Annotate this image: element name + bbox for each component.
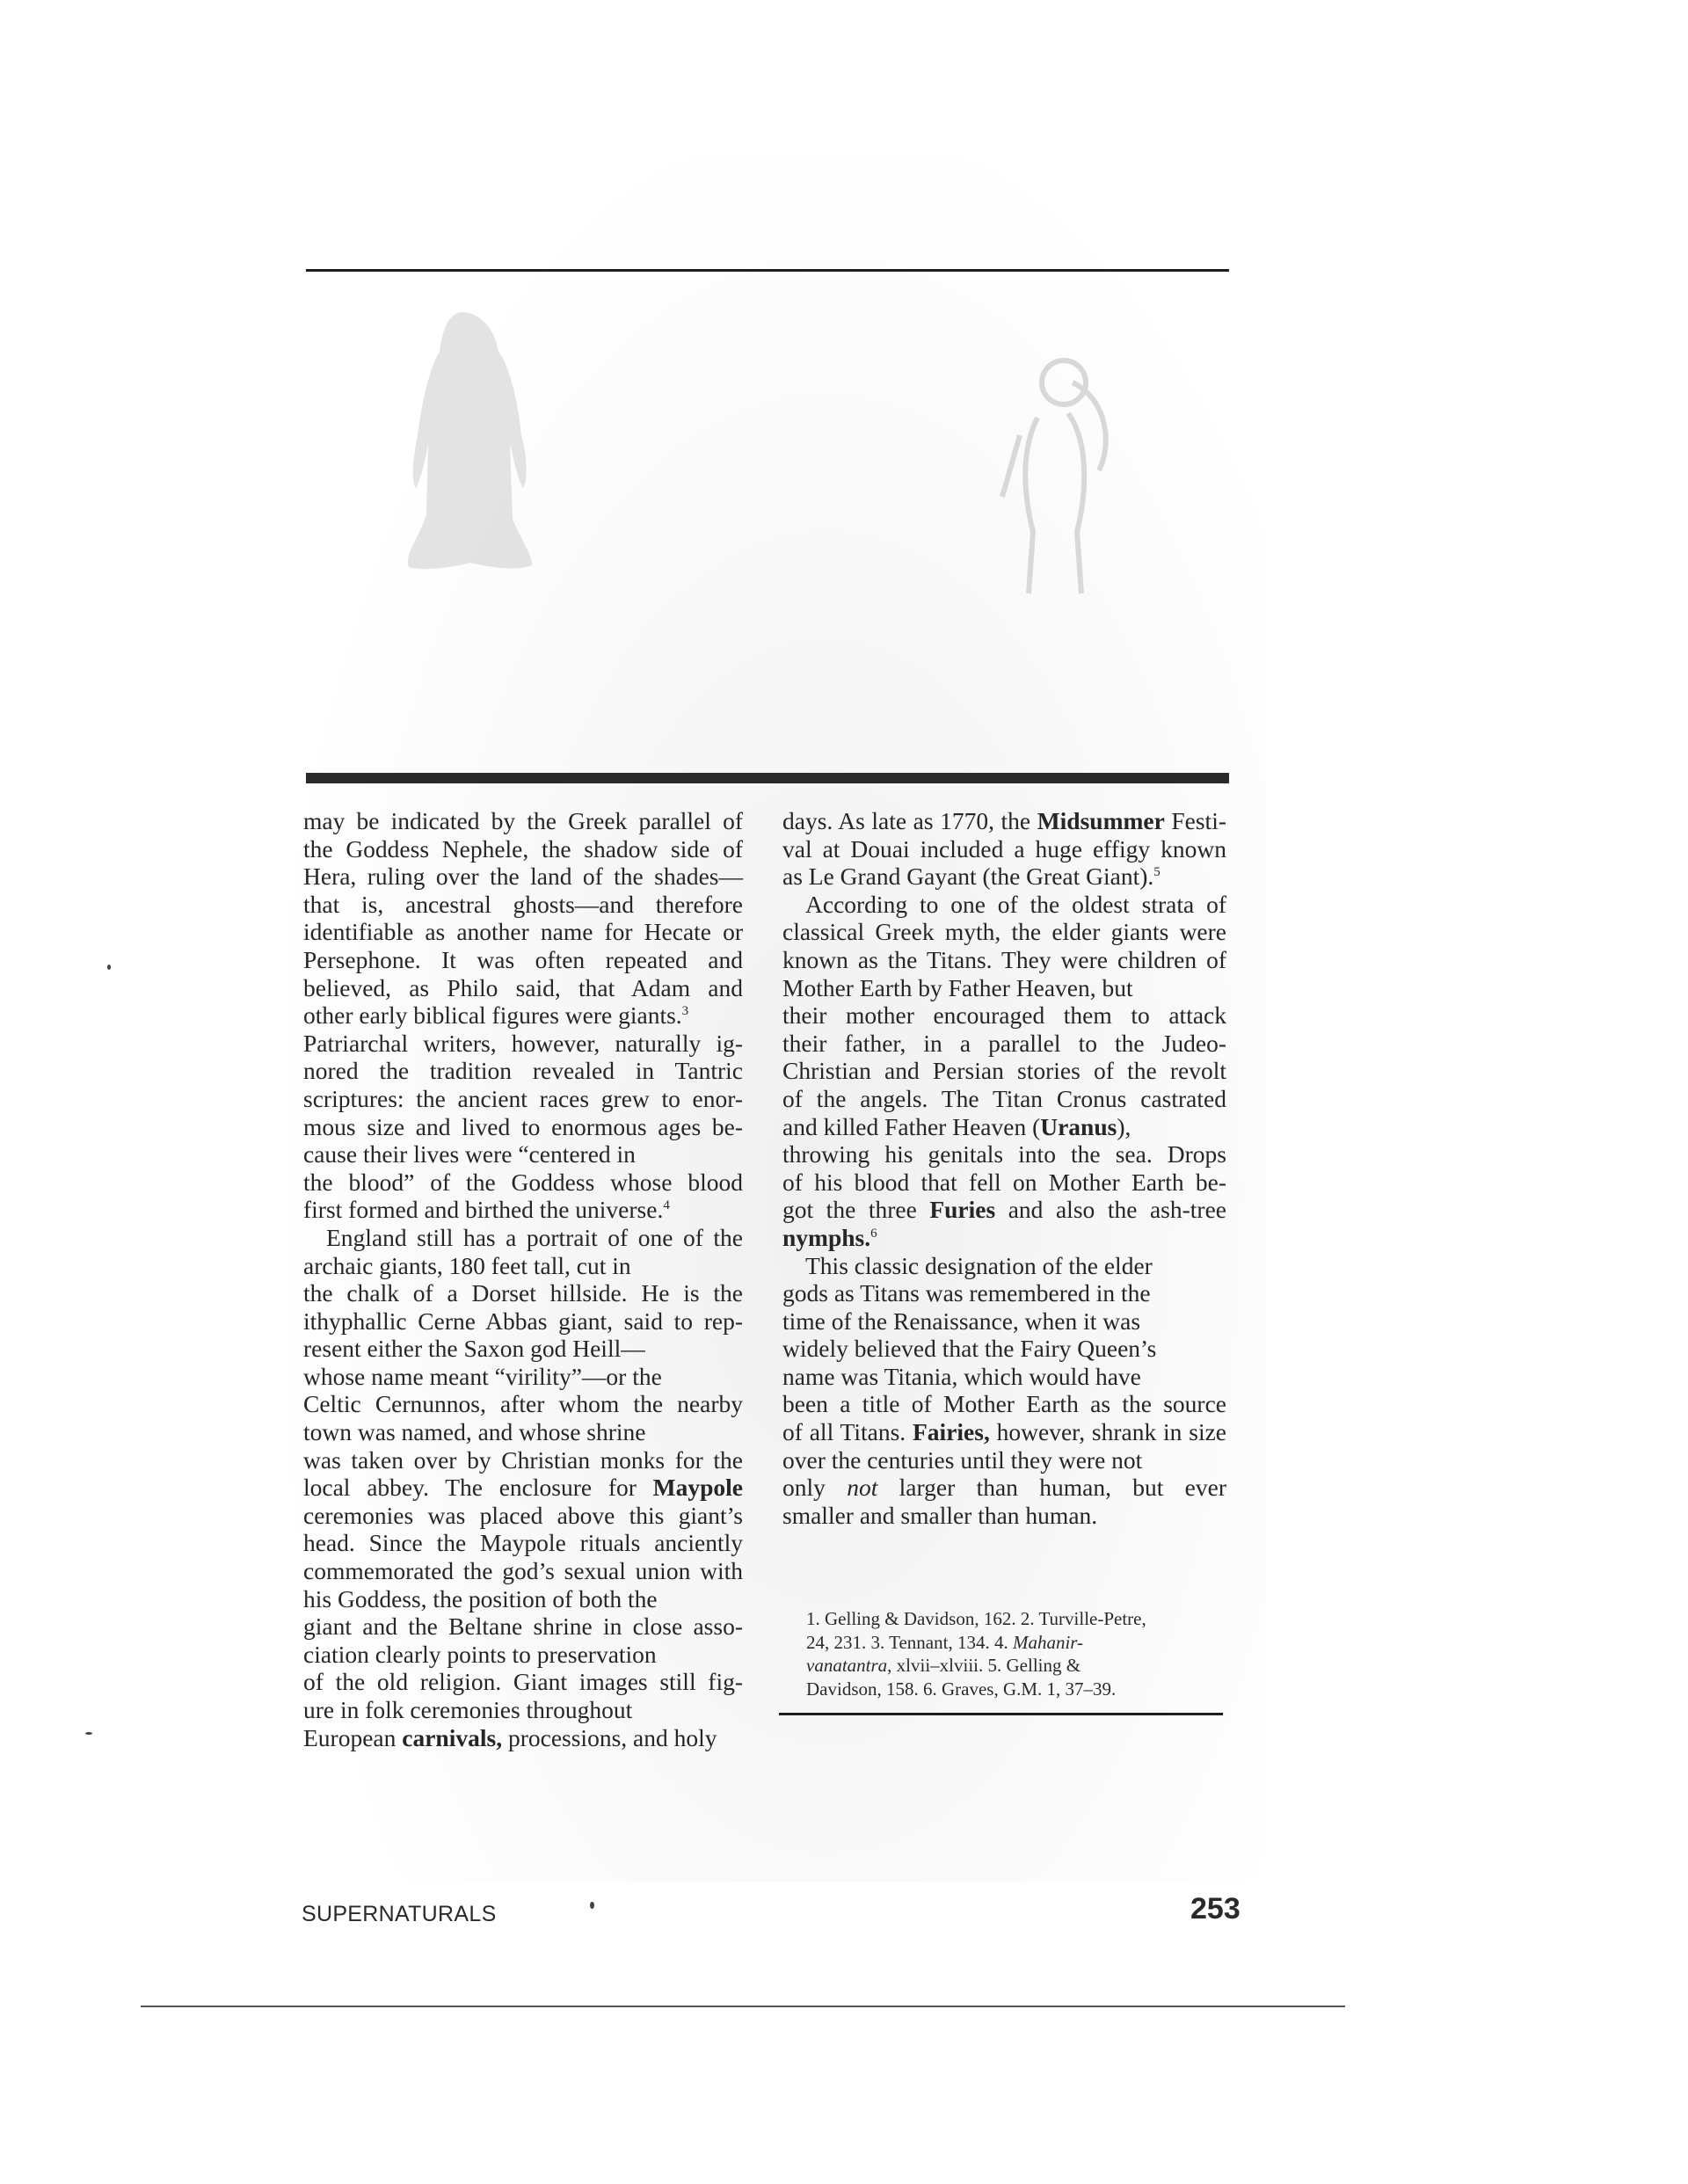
text-line: been a title of Mother Earth as the sour… [782, 1390, 1226, 1418]
text-line: only not larger than human, but ever [782, 1474, 1226, 1502]
text-line: ithyphallic Cerne Abbas giant, said to r… [303, 1307, 743, 1336]
text-line: val at Douai included a huge effigy know… [782, 835, 1226, 863]
text-line: first formed and birthed the universe.4 [303, 1196, 743, 1224]
text-line: Hera, ruling over the land of the shades… [303, 863, 743, 891]
scan-speck [590, 1902, 594, 1909]
bottom-scan-rule [141, 2006, 1345, 2007]
text-line: may be indicated by the Greek parallel o… [303, 807, 743, 835]
bold-term: Furies [929, 1196, 995, 1223]
text-line: 1. Gelling & Davidson, 162. 2. Turville-… [806, 1607, 1221, 1631]
text-line: cause their lives were “centered in [303, 1140, 743, 1168]
text-line: of all Titans. Fairies, however, shrank … [782, 1418, 1226, 1446]
giant-figure-silhouette-icon [400, 303, 541, 585]
text-line: town was named, and whose shrine [303, 1418, 743, 1446]
footnote-ref: 4 [663, 1198, 670, 1212]
text-line: known as the Titans. They were children … [782, 946, 1226, 974]
text-line: got the three Furies and also the ash-tr… [782, 1196, 1226, 1224]
bold-term: nymphs. [782, 1224, 870, 1251]
text-line: the Goddess Nephele, the shadow side of [303, 835, 743, 863]
text-line: believed, as Philo said, that Adam and [303, 974, 743, 1002]
text-line: Persephone. It was often repeated and [303, 946, 743, 974]
header-rule [306, 269, 1229, 272]
text-line: ceremonies was placed above this giant’s [303, 1502, 743, 1530]
italic-term: not [847, 1474, 877, 1501]
footnote-rule [779, 1713, 1223, 1715]
warrior-figure-silhouette-icon [985, 330, 1117, 611]
left-text-column: may be indicated by the Greek parallel o… [303, 807, 743, 1751]
italic-term: Mahanir- [1013, 1632, 1083, 1653]
scan-speck [107, 965, 111, 970]
italic-term: vanatantra [806, 1655, 887, 1676]
bold-term: carnivals, [402, 1724, 502, 1751]
text-line: throwing his genitals into the sea. Drop… [782, 1140, 1226, 1168]
text-line: of the angels. The Titan Cronus castrate… [782, 1085, 1226, 1113]
text-line: mous size and lived to enormous ages be- [303, 1113, 743, 1141]
bold-term: Fairies, [913, 1418, 990, 1445]
text-line: Christian and Persian stories of the rev… [782, 1057, 1226, 1085]
text-line: European carnivals, processions, and hol… [303, 1724, 743, 1752]
text-line: whose name meant “virility”—or the [303, 1363, 743, 1391]
text-line: their mother encouraged them to attack [782, 1001, 1226, 1030]
text-line: name was Titania, which would have [782, 1363, 1226, 1391]
scan-speck [85, 1732, 92, 1735]
text-line: over the centuries until they were not [782, 1446, 1226, 1474]
text-line: archaic giants, 180 feet tall, cut in [303, 1252, 743, 1280]
text-line: his Goddess, the position of both the [303, 1585, 743, 1613]
text-line: According to one of the oldest strata of [782, 891, 1226, 919]
text-line: as Le Grand Gayant (the Great Giant).5 [782, 863, 1226, 891]
text-line: gods as Titans was remembered in the [782, 1279, 1226, 1307]
text-line: smaller and smaller than human. [782, 1502, 1226, 1530]
text-line: resent either the Saxon god Heill— [303, 1335, 743, 1363]
text-line: classical Greek myth, the elder giants w… [782, 918, 1226, 946]
text-line: of the old religion. Giant images still … [303, 1668, 743, 1696]
text-line: Davidson, 158. 6. Graves, G.M. 1, 37–39. [806, 1678, 1221, 1701]
text-line: of his blood that fell on Mother Earth b… [782, 1168, 1226, 1197]
text-line: identifiable as another name for Hecate … [303, 918, 743, 946]
text-line: their father, in a parallel to the Judeo… [782, 1030, 1226, 1058]
text-line: scriptures: the ancient races grew to en… [303, 1085, 743, 1113]
text-line: head. Since the Maypole rituals ancientl… [303, 1529, 743, 1557]
text-line: Celtic Cernunnos, after whom the nearby [303, 1390, 743, 1418]
text-line: widely believed that the Fairy Queen’s [782, 1335, 1226, 1363]
text-line: and killed Father Heaven (Uranus), [782, 1113, 1226, 1141]
text-line: was taken over by Christian monks for th… [303, 1446, 743, 1474]
text-line: giant and the Beltane shrine in close as… [303, 1613, 743, 1641]
bold-term: Uranus [1040, 1113, 1117, 1140]
text-line: nored the tradition revealed in Tantric [303, 1057, 743, 1085]
page-number: 253 [1190, 1892, 1241, 1926]
text-line: days. As late as 1770, the Midsummer Fes… [782, 807, 1226, 835]
text-line: time of the Renaissance, when it was [782, 1307, 1226, 1336]
text-line: ciation clearly points to preservation [303, 1641, 743, 1669]
text-line: commemorated the god’s sexual union with [303, 1557, 743, 1585]
text-line: local abbey. The enclosure for Maypole [303, 1474, 743, 1502]
text-line: 24, 231. 3. Tennant, 134. 4. Mahanir- [806, 1631, 1221, 1655]
bold-term: Maypole [653, 1474, 743, 1501]
footnote-ref: 5 [1153, 865, 1160, 879]
text-line: This classic designation of the elder [782, 1252, 1226, 1280]
footnote-ref: 3 [682, 1004, 689, 1018]
text-line: nymphs.6 [782, 1224, 1226, 1252]
text-line: England still has a portrait of one of t… [303, 1224, 743, 1252]
text-line: that is, ancestral ghosts—and therefore [303, 891, 743, 919]
text-line: ure in folk ceremonies throughout [303, 1696, 743, 1724]
text-line: Patriarchal writers, however, naturally … [303, 1030, 743, 1058]
text-line: vanatantra, xlvii–xlviii. 5. Gelling & [806, 1654, 1221, 1678]
figure-bottom-rule [306, 773, 1229, 783]
right-text-column: days. As late as 1770, the Midsummer Fes… [782, 807, 1226, 1529]
footnote-ref: 6 [870, 1227, 877, 1241]
running-footer: SUPERNATURALS [302, 1902, 497, 1927]
footnotes: 1. Gelling & Davidson, 162. 2. Turville-… [806, 1607, 1221, 1700]
text-line: the blood” of the Goddess whose blood [303, 1168, 743, 1197]
text-line: other early biblical figures were giants… [303, 1001, 743, 1030]
text-line: Mother Earth by Father Heaven, but [782, 974, 1226, 1002]
bold-term: Midsummer [1037, 807, 1165, 834]
text-line: the chalk of a Dorset hillside. He is th… [303, 1279, 743, 1307]
